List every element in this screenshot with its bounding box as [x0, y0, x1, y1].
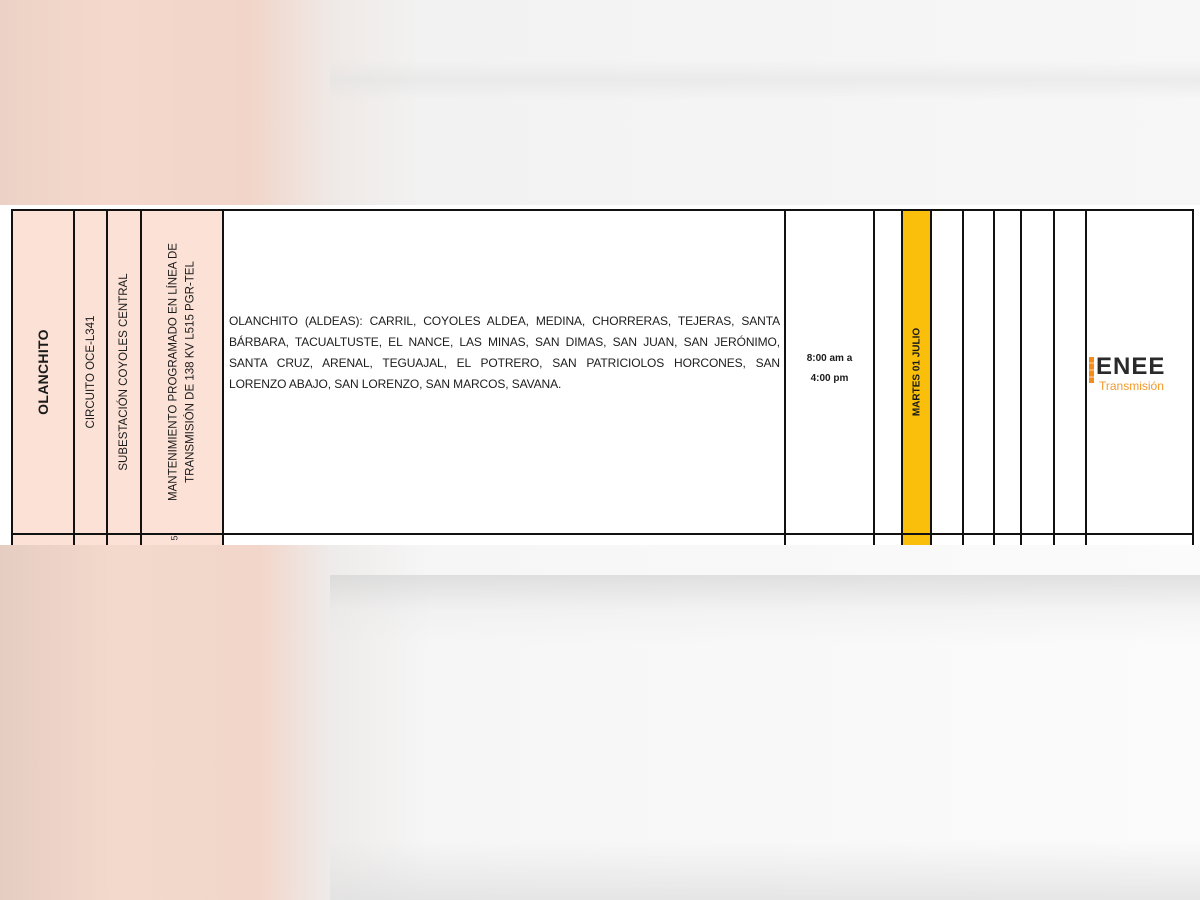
next-logo-cell — [1087, 535, 1192, 545]
next-blank-cell — [875, 535, 903, 545]
next-blank-cell — [1055, 535, 1087, 545]
substation-cell: SUBESTACIÓN COYOLES CENTRAL — [108, 211, 142, 533]
affected-areas-text: OLANCHITO (ALDEAS): CARRIL, COYOLES ALDE… — [229, 311, 780, 395]
blank-cell — [1022, 211, 1055, 533]
time-range: 8:00 am a 4:00 pm — [786, 349, 873, 389]
blurred-background-top — [0, 0, 1200, 205]
circuit-label: CIRCUITO OCE-L341 — [85, 316, 97, 429]
table-row: OLANCHITO CIRCUITO OCE-L341 SUBESTACIÓN … — [11, 209, 1194, 535]
affected-areas-cell: OLANCHITO (ALDEAS): CARRIL, COYOLES ALDE… — [224, 211, 786, 533]
blurred-background-bottom — [0, 545, 1200, 900]
circuit-cell: CIRCUITO OCE-L341 — [75, 211, 108, 533]
substation-label: SUBESTACIÓN COYOLES CENTRAL — [118, 273, 130, 470]
next-date-cell — [903, 535, 932, 545]
next-row-fragment: 5 — [170, 535, 180, 540]
next-table-row: 5 — [11, 535, 1194, 545]
date-label: MARTES 01 JULIO — [911, 328, 922, 416]
logo-wordmark: ENEE — [1096, 353, 1165, 381]
province-cell: OLANCHITO — [13, 211, 75, 533]
next-areas-cell — [224, 535, 786, 545]
next-blank-cell — [964, 535, 995, 545]
description-label: MANTENIMIENTO PROGRAMADO EN LÍNEA DE TRA… — [166, 227, 199, 517]
next-province-cell — [13, 535, 75, 545]
next-substation-cell — [108, 535, 142, 545]
blank-cell — [875, 211, 903, 533]
blank-cell — [964, 211, 995, 533]
blank-cell — [1055, 211, 1087, 533]
logo-subtitle: Transmisión — [1099, 379, 1164, 393]
logo-cell: ENEE Transmisión — [1087, 211, 1192, 533]
date-cell: MARTES 01 JULIO — [903, 211, 932, 533]
outage-document: OLANCHITO CIRCUITO OCE-L341 SUBESTACIÓN … — [0, 205, 1200, 545]
next-blank-cell — [995, 535, 1022, 545]
province-label: OLANCHITO — [35, 329, 51, 415]
next-blank-cell — [1022, 535, 1055, 545]
next-time-cell — [786, 535, 875, 545]
next-circuit-cell — [75, 535, 108, 545]
blank-cell — [995, 211, 1022, 533]
enee-logo: ENEE Transmisión — [1087, 351, 1192, 395]
next-blank-cell — [932, 535, 964, 545]
description-cell: MANTENIMIENTO PROGRAMADO EN LÍNEA DE TRA… — [142, 211, 224, 533]
time-cell: 8:00 am a 4:00 pm — [786, 211, 875, 533]
next-description-cell: 5 — [142, 535, 224, 545]
logo-bar-icon — [1089, 357, 1094, 383]
time-end: 4:00 pm — [786, 369, 873, 389]
blank-cell — [932, 211, 964, 533]
time-start: 8:00 am a — [786, 349, 873, 369]
